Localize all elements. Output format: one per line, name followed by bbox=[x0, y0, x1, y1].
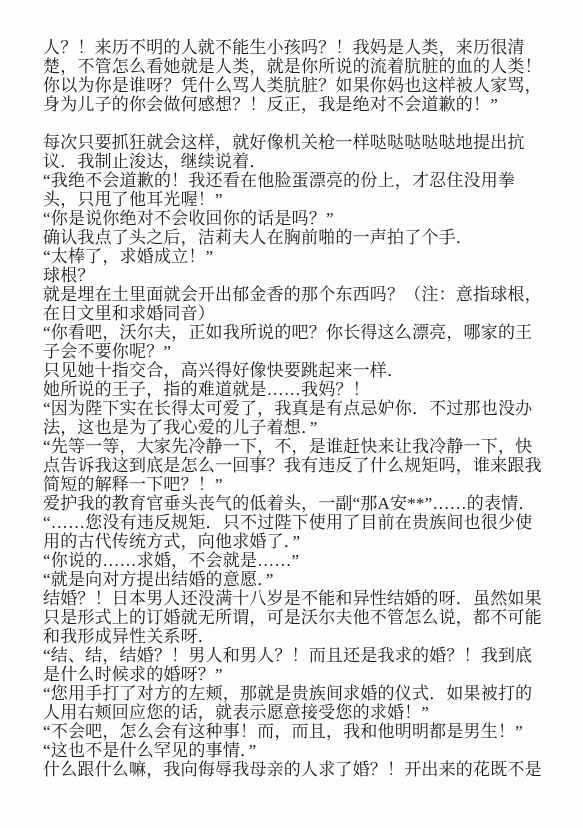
text-line: 只是形式上的订婚就无所谓，可是沃尔夫他不管怎么说，都不可能 bbox=[43, 608, 546, 627]
text-line: 楚，不管怎么看她就是人类，就是你所说的流着肮脏的血的人类！ bbox=[43, 57, 546, 76]
text-line: 球根？ bbox=[43, 266, 546, 285]
text-line: 结婚？！日本男人还没满十八岁是不能和异性结婚的呀．虽然如果 bbox=[43, 589, 546, 608]
text-line: “我绝不会道歉的！我还看在他脸蛋漂亮的份上，才忍住没用拳 bbox=[43, 171, 546, 190]
text-line: 就是埋在土里面就会开出郁金香的那个东西吗？（注：意指球根， bbox=[43, 285, 546, 304]
text-line: “你说的……求婚，不会就是……” bbox=[43, 551, 546, 570]
text-line: 每次只要抓狂就会这样，就好像机关枪一样哒哒哒哒哒地提出抗 bbox=[43, 133, 546, 152]
text-line: 用的古代传统方式，向他求婚了．” bbox=[43, 532, 546, 551]
text-line: 她所说的王子，指的难道就是……我妈？！ bbox=[43, 380, 546, 399]
text-line: 在日文里和求婚同音） bbox=[43, 304, 546, 323]
text-line: 是什么时候求的婚呀？” bbox=[43, 665, 546, 684]
text-line: 人？！来历不明的人就不能生小孩吗？！我妈是人类，来历很清 bbox=[43, 38, 546, 57]
text-line: 子会不要你呢？” bbox=[43, 342, 546, 361]
text-line: “这也不是什么罕见的事情．” bbox=[43, 741, 546, 760]
text-line: 简短的解释一下吧？！” bbox=[43, 475, 546, 494]
text-line: 头，只甩了他耳光喔！” bbox=[43, 190, 546, 209]
text-line: “你看吧，沃尔夫，正如我所说的吧？你长得这么漂亮，哪家的王 bbox=[43, 323, 546, 342]
text-line: 议．我制止浚达，继续说着． bbox=[43, 152, 546, 171]
text-line: “不会吧，怎么会有这种事！而，而且，我和他明明都是男生！” bbox=[43, 722, 546, 741]
text-line: 确认我点了头之后，洁莉夫人在胸前啪的一声拍了个手． bbox=[43, 228, 546, 247]
page-text: 人？！来历不明的人就不能生小孩吗？！我妈是人类，来历很清楚，不管怎么看她就是人类… bbox=[43, 38, 546, 779]
text-line: 人用右颊回应您的话，就表示愿意接受您的求婚！” bbox=[43, 703, 546, 722]
text-line: “结、结，结婚？！男人和男人？！而且还是我求的婚？！我到底 bbox=[43, 646, 546, 665]
text-line: 什么跟什么嘛，我向侮辱我母亲的人求了婚？！开出来的花既不是 bbox=[43, 760, 546, 779]
text-line: “太棒了，求婚成立！” bbox=[43, 247, 546, 266]
text-line: “您用手打了对方的左颊，那就是贵族间求婚的仪式．如果被打的 bbox=[43, 684, 546, 703]
text-line: 法，这也是为了我心爱的儿子着想．” bbox=[43, 418, 546, 437]
text-line: 爱护我的教育官垂头丧气的低着头，一副“那A安**”……的表情． bbox=[43, 494, 546, 513]
text-line: 点告诉我这到底是怎么一回事？我有违反了什么规矩吗，谁来跟我 bbox=[43, 456, 546, 475]
text-line: 和我形成异性关系呀． bbox=[43, 627, 546, 646]
text-line: 只见她十指交合，高兴得好像快要跳起来一样． bbox=[43, 361, 546, 380]
text-line: “……您没有违反规矩．只不过陛下使用了目前在贵族间也很少使 bbox=[43, 513, 546, 532]
text-line: “你是说你绝对不会收回你的话是吗？” bbox=[43, 209, 546, 228]
text-line: 你以为你是谁呀？凭什么骂人类肮脏？如果你妈也这样被人家骂， bbox=[43, 76, 546, 95]
document-page: 人？！来历不明的人就不能生小孩吗？！我妈是人类，来历很清楚，不管怎么看她就是人类… bbox=[0, 0, 583, 828]
text-line: “就是向对方提出结婚的意愿．” bbox=[43, 570, 546, 589]
text-line: “因为陛下实在长得太可爱了，我真是有点忌妒你．不过那也没办 bbox=[43, 399, 546, 418]
text-line: 身为儿子的你会做何感想？！反正，我是绝对不会道歉的！” bbox=[43, 95, 546, 114]
text-line: “先等一等，大家先冷静一下，不，是谁赶快来让我冷静一下，快 bbox=[43, 437, 546, 456]
text-line bbox=[43, 114, 546, 133]
